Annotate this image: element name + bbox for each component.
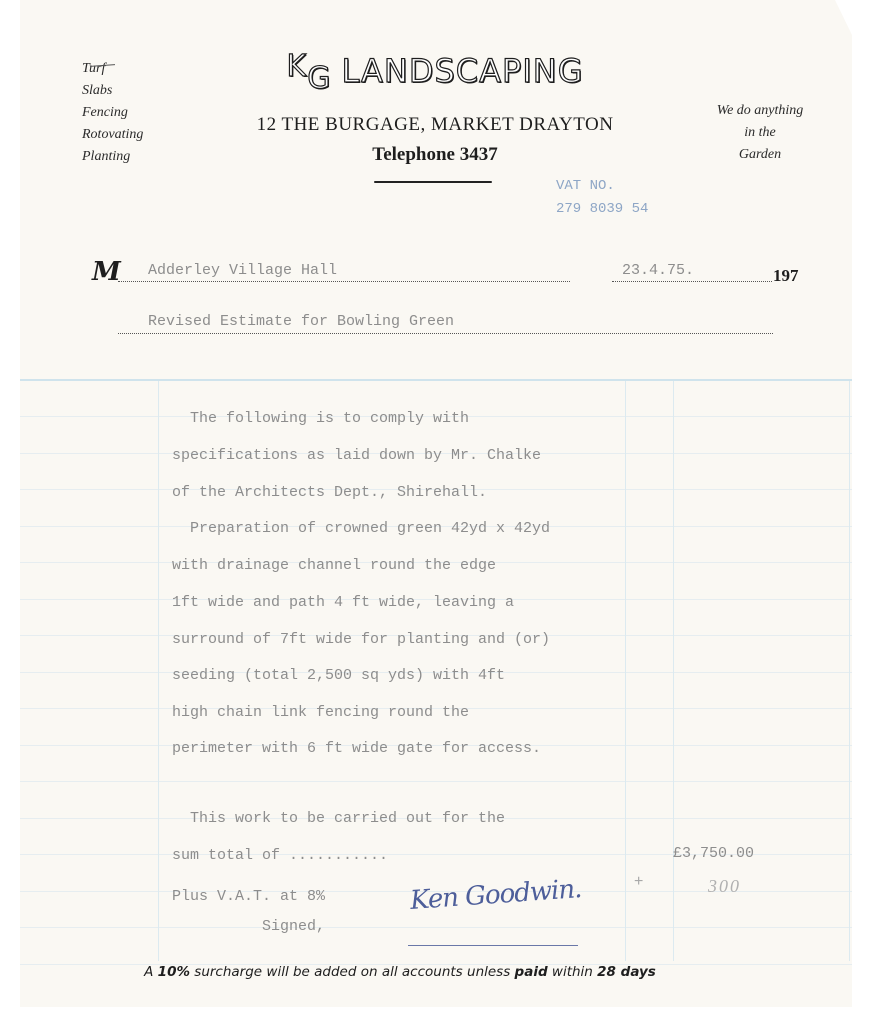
payment-days: 28: [597, 964, 616, 980]
footer-text: A: [144, 964, 158, 980]
service-item: Slabs: [82, 80, 143, 102]
tagline-line: Garden: [690, 144, 830, 166]
ledger-rule-line: [20, 927, 852, 928]
body-line: sum total of ...........: [172, 847, 388, 864]
ledger-column-line: [625, 381, 626, 961]
letter-date: 23.4.75.: [622, 262, 694, 279]
tagline-line: We do anything: [690, 100, 830, 122]
body-line: high chain link fencing round the: [172, 704, 469, 721]
ledger-rule-line: [20, 781, 852, 782]
date-dotted-line: [612, 281, 772, 282]
service-item: Planting: [82, 146, 143, 168]
brand-initial-g: G: [307, 61, 331, 96]
year-prefix: 197: [773, 266, 799, 286]
services-list: Turf Slabs Fencing Rotovating Planting: [82, 58, 143, 168]
vat-label: VAT NO.: [556, 175, 648, 198]
body-line: The following is to comply with: [172, 410, 469, 427]
total-amount: £3,750.00: [673, 845, 754, 862]
body-line: Signed,: [172, 918, 325, 935]
footer-text: within: [548, 964, 598, 980]
body-line: Plus V.A.T. at 8%: [172, 888, 325, 905]
body-line: surround of 7ft wide for planting and (o…: [172, 631, 550, 648]
company-tagline: We do anything in the Garden: [690, 100, 830, 166]
footer-text: days: [616, 964, 656, 980]
company-address: 12 THE BURGAGE, MARKET DRAYTON: [200, 114, 670, 136]
vat-amount-handwritten: 300: [708, 876, 741, 897]
vat-number: 279 8039 54: [556, 198, 648, 221]
company-logo: KGLANDSCAPING: [200, 52, 670, 90]
surcharge-percent: 10%: [158, 964, 190, 980]
service-item: Fencing: [82, 102, 143, 124]
salutation-prefix: M: [92, 257, 121, 287]
body-line: of the Architects Dept., Shirehall.: [172, 484, 487, 501]
footer-text: surcharge will be added on all accounts …: [190, 964, 515, 980]
footer-paid: paid: [515, 964, 548, 980]
ledger-top-rule: [20, 379, 852, 381]
service-item: Turf: [82, 58, 143, 80]
letter-subject: Revised Estimate for Bowling Green: [148, 313, 454, 330]
subject-dotted-line: [118, 333, 773, 334]
recipient-name: Adderley Village Hall: [148, 262, 337, 279]
vat-plus-mark: +: [634, 873, 643, 891]
body-line: specifications as laid down by Mr. Chalk…: [172, 447, 541, 464]
body-line: Preparation of crowned green 42yd x 42yd: [172, 520, 550, 537]
body-line: 1ft wide and path 4 ft wide, leaving a: [172, 594, 514, 611]
tagline-line: in the: [690, 122, 830, 144]
header-divider: [374, 181, 492, 183]
body-line: seeding (total 2,500 sq yds) with 4ft: [172, 667, 505, 684]
body-line: This work to be carried out for the: [172, 810, 505, 827]
ledger-right-margin-line: [849, 381, 850, 961]
body-line: perimeter with 6 ft wide gate for access…: [172, 740, 541, 757]
vat-stamp: VAT NO. 279 8039 54: [556, 175, 648, 221]
brand-initial-k: K: [287, 49, 308, 84]
service-item: Rotovating: [82, 124, 143, 146]
brand-name: LANDSCAPING: [341, 52, 583, 90]
ledger-left-margin-line: [158, 381, 159, 961]
payment-terms-notice: A 10% surcharge will be added on all acc…: [130, 964, 670, 980]
company-telephone: Telephone 3437: [200, 144, 670, 166]
ledger-amount-column-line: [673, 381, 674, 961]
signature-underline: [408, 945, 578, 946]
body-line: with drainage channel round the edge: [172, 557, 496, 574]
recipient-dotted-line: [118, 281, 570, 282]
service-turf: Turf: [82, 61, 105, 76]
